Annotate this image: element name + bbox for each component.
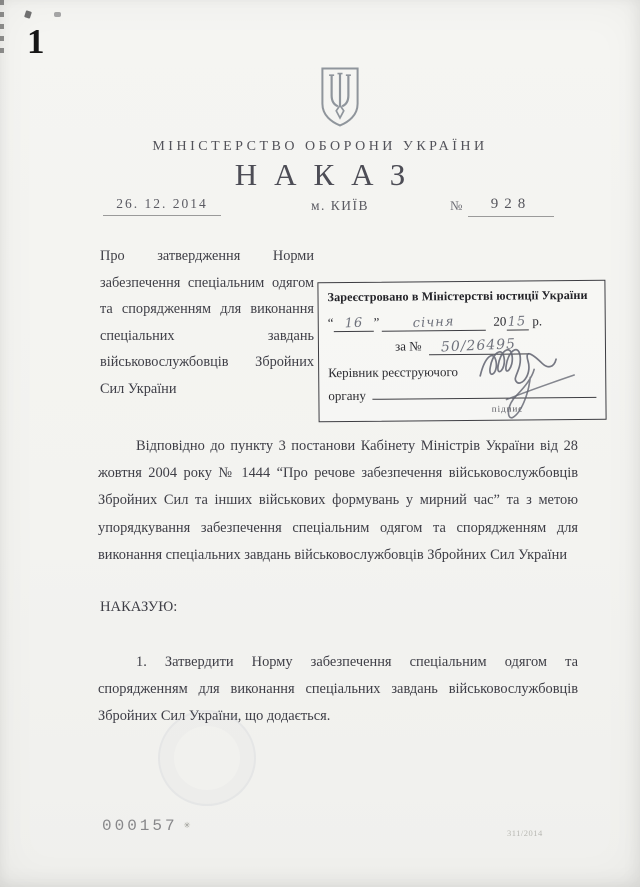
order-subject: Про затвердження Норми забезпечення спец… xyxy=(100,243,314,403)
ministry-justice-registration-stamp: Зареєстровано в Міністерстві юстиції Укр… xyxy=(317,280,606,423)
scan-edge-artifact xyxy=(0,0,4,54)
print-reference-number: 311/2014 xyxy=(507,828,543,838)
order-city: м. КИЇВ xyxy=(260,198,420,214)
registration-number-row: за № 50/26495 xyxy=(328,337,596,356)
registration-year-blank: 15 xyxy=(506,313,528,330)
handwritten-year: 15 xyxy=(508,314,527,330)
order-number: 928 xyxy=(468,196,554,217)
signature-caption: підпис xyxy=(418,403,596,415)
ministry-name: МІНІСТЕРСТВО ОБОРОНИ УКРАЇНИ xyxy=(0,139,640,155)
page-corner-number: 1 xyxy=(27,22,45,62)
order-preamble-paragraph: Відповідно до пункту 3 постанови Кабінет… xyxy=(98,433,578,569)
close-quote: ” xyxy=(373,315,379,331)
registration-stamp-title: Зареєстровано в Міністерстві юстиції Укр… xyxy=(327,288,595,305)
date-city-number-row: 26. 12. 2014 м. КИЇВ № 928 xyxy=(0,196,640,220)
order-command-word: НАКАЗУЮ: xyxy=(100,599,177,616)
asterisk-stamp-icon: ✳ xyxy=(184,820,191,832)
registrar-title-line1: Керівник реєструючого xyxy=(328,363,596,381)
year-prefix: 20 xyxy=(493,314,506,330)
ukraine-trident-emblem-icon xyxy=(312,66,368,128)
year-suffix: р. xyxy=(532,313,542,329)
registration-day-blank: 16 xyxy=(333,315,373,332)
order-date-stamp: 26. 12. 2014 xyxy=(103,196,221,216)
number-sign: № xyxy=(450,198,462,214)
document-title: НАКАЗ xyxy=(0,157,640,193)
scanned-document-page: 1 МІНІСТЕРСТВО ОБОРОНИ УКРАЇНИ НАКАЗ 26.… xyxy=(0,0,640,887)
handwritten-month: січня xyxy=(412,314,454,331)
faint-round-stamp xyxy=(158,710,256,806)
signature-line xyxy=(372,383,597,400)
registrar-signature-block: Керівник реєструючого органу підпис xyxy=(328,363,596,415)
handwritten-day: 16 xyxy=(344,316,363,332)
registrar-title-line2: органу xyxy=(328,388,366,404)
scan-speck xyxy=(24,10,32,19)
order-item-1: 1. Затвердити Норму забезпечення спеціал… xyxy=(98,649,578,731)
handwritten-registration-number: 50/26495 xyxy=(441,336,517,355)
registration-number-label: за № xyxy=(395,338,422,353)
registration-month-blank: січня xyxy=(381,314,485,332)
registration-date-row: “ 16 ” січня 20 15 р. xyxy=(328,313,596,332)
scan-speck xyxy=(54,12,61,17)
document-registration-code: 000157✳ xyxy=(102,817,190,835)
registration-number-blank: 50/26495 xyxy=(429,337,529,355)
doc-code-digits: 000157 xyxy=(102,817,178,835)
